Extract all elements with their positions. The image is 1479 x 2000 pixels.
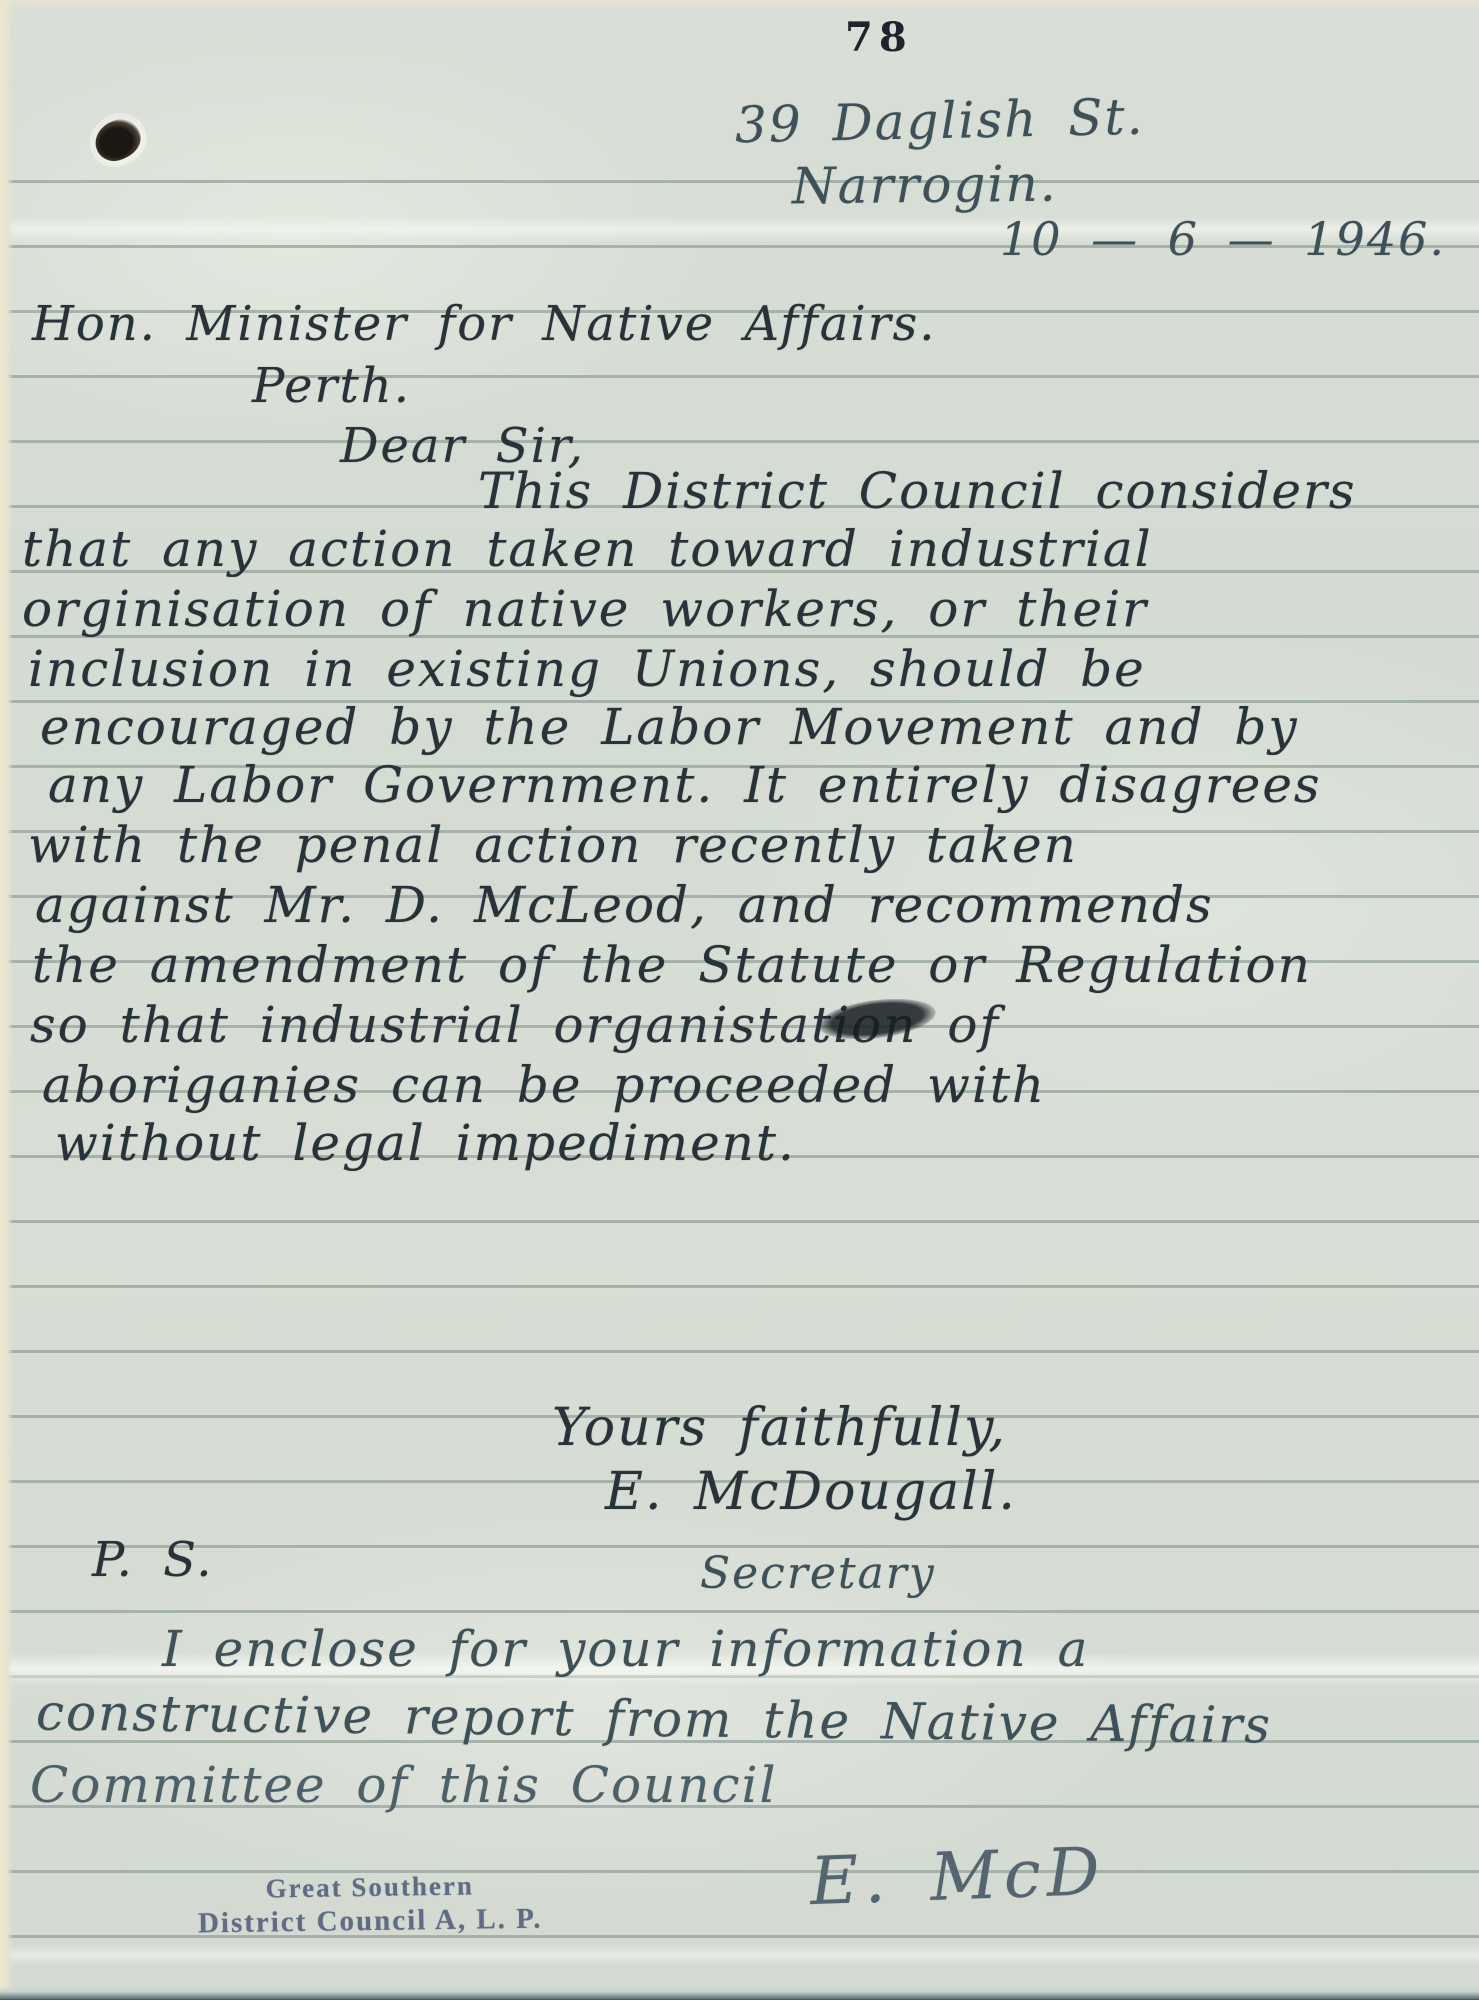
body-line: aboriganies can be proceeded with: [42, 1056, 1046, 1114]
sender-address-town: Narrogin.: [792, 155, 1058, 216]
postscript-line: constructive report from the Native Affa…: [36, 1684, 1273, 1755]
body-line: so that industrial organistation of: [30, 996, 1000, 1054]
postscript-line: Committee of this Council: [30, 1756, 778, 1814]
valediction: Yours faithfully,: [552, 1398, 1007, 1458]
page-edge-left: [0, 0, 13, 2000]
paper-hole: [91, 115, 145, 165]
body-line: any Labor Government. It entirely disagr…: [48, 756, 1322, 814]
body-line: orginisation of native workers, or their: [22, 580, 1148, 638]
body-line: against Mr. D. McLeod, and recommends: [35, 876, 1214, 934]
sender-address-street: 39 Daglish St.: [734, 88, 1145, 155]
recipient-city: Perth.: [252, 358, 411, 414]
body-line: the amendment of the Statute or Regulati…: [32, 936, 1312, 994]
recipient-line: Hon. Minister for Native Affairs.: [32, 296, 937, 352]
postscript-label: P. S.: [92, 1532, 214, 1588]
body-line: without legal impediment.: [55, 1114, 796, 1172]
body-line: inclusion in existing Unions, should be: [28, 640, 1146, 698]
signature-initials: E. McD: [809, 1833, 1107, 1920]
stamp-line-1: Great Southern: [160, 1869, 580, 1906]
page-edge-top: [0, 0, 1479, 8]
org-rubber-stamp: Great Southern District Council A, L. P.: [160, 1869, 581, 1941]
letter-date: 10 — 6 — 1946.: [1000, 212, 1446, 266]
letter-page: 78 39 Daglish St. Narrogin. 10 — 6 — 194…: [0, 0, 1479, 2000]
stamp-line-2: District Council A, L. P.: [160, 1902, 580, 1941]
postscript-line: I enclose for your information a: [162, 1620, 1089, 1678]
body-line: encouraged by the Labor Movement and by: [40, 698, 1299, 756]
body-line: that any action taken toward industrial: [22, 520, 1153, 578]
paper-crease: [0, 1944, 1479, 1966]
body-line: This District Council considers: [478, 462, 1357, 520]
page-number-stamp: 78: [845, 14, 913, 61]
page-edge-bottom: [0, 1986, 1479, 2000]
signature: E. McDougall.: [605, 1462, 1017, 1522]
body-line: with the penal action recently taken: [28, 816, 1078, 874]
signature-title: Secretary: [700, 1548, 936, 1599]
